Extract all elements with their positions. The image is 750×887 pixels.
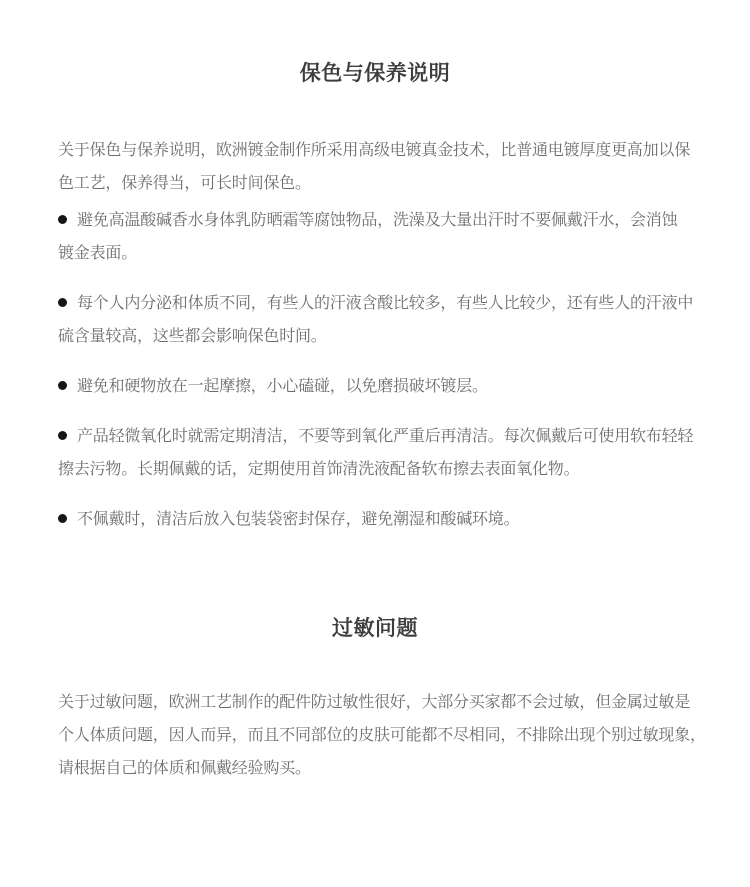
- care-intro-paragraph: 关于保色与保养说明，欧洲镀金制作所采用高级电镀真金技术，比普通电镀厚度更高加以保…: [58, 134, 720, 200]
- allergy-paragraph: 关于过敏问题，欧洲工艺制作的配件防过敏性很好，大部分买家都不会过敏，但金属过敏是…: [58, 686, 720, 785]
- care-bullet-text: 每个人内分泌和体质不同，有些人的汗液含酸比较多，有些人比较少，还有些人的汗液中 …: [58, 295, 693, 345]
- bullet-icon: [58, 381, 67, 390]
- care-bullet-item: 每个人内分泌和体质不同，有些人的汗液含酸比较多，有些人比较少，还有些人的汗液中 …: [58, 287, 720, 353]
- care-bullet-item: 避免高温酸碱香水身体乳防晒霜等腐蚀物品，洗澡及大量出汗时不要佩戴汗水，会消蚀 镀…: [58, 204, 720, 270]
- care-bullet-text: 不佩戴时，清洁后放入包装袋密封保存，避免潮湿和酸碱环境。: [77, 511, 519, 528]
- care-bullet-item: 产品轻微氧化时就需定期清洁，不要等到氧化严重后再清洁。每次佩戴后可使用软布轻轻 …: [58, 420, 720, 486]
- section-care: 保色与保养说明 关于保色与保养说明，欧洲镀金制作所采用高级电镀真金技术，比普通电…: [58, 62, 750, 536]
- section-allergy: 过敏问题 关于过敏问题，欧洲工艺制作的配件防过敏性很好，大部分买家都不会过敏，但…: [58, 617, 750, 785]
- bullet-icon: [58, 298, 67, 307]
- care-bullet-item: 不佩戴时，清洁后放入包装袋密封保存，避免潮湿和酸碱环境。: [58, 503, 720, 536]
- care-bullet-list: 避免高温酸碱香水身体乳防晒霜等腐蚀物品，洗澡及大量出汗时不要佩戴汗水，会消蚀 镀…: [58, 204, 750, 536]
- bullet-icon: [58, 215, 67, 224]
- care-bullet-item: 避免和硬物放在一起摩擦，小心磕碰，以免磨损破坏镀层。: [58, 370, 720, 403]
- care-bullet-text: 产品轻微氧化时就需定期清洁，不要等到氧化严重后再清洁。每次佩戴后可使用软布轻轻 …: [58, 428, 693, 478]
- care-bullet-text: 避免高温酸碱香水身体乳防晒霜等腐蚀物品，洗澡及大量出汗时不要佩戴汗水，会消蚀 镀…: [58, 212, 677, 262]
- care-bullet-text: 避免和硬物放在一起摩擦，小心磕碰，以免磨损破坏镀层。: [77, 378, 488, 395]
- bullet-icon: [58, 514, 67, 523]
- product-care-page: 保色与保养说明 关于保色与保养说明，欧洲镀金制作所采用高级电镀真金技术，比普通电…: [0, 62, 750, 785]
- bullet-icon: [58, 431, 67, 440]
- care-section-title: 保色与保养说明: [58, 62, 692, 86]
- allergy-section-title: 过敏问题: [58, 617, 692, 641]
